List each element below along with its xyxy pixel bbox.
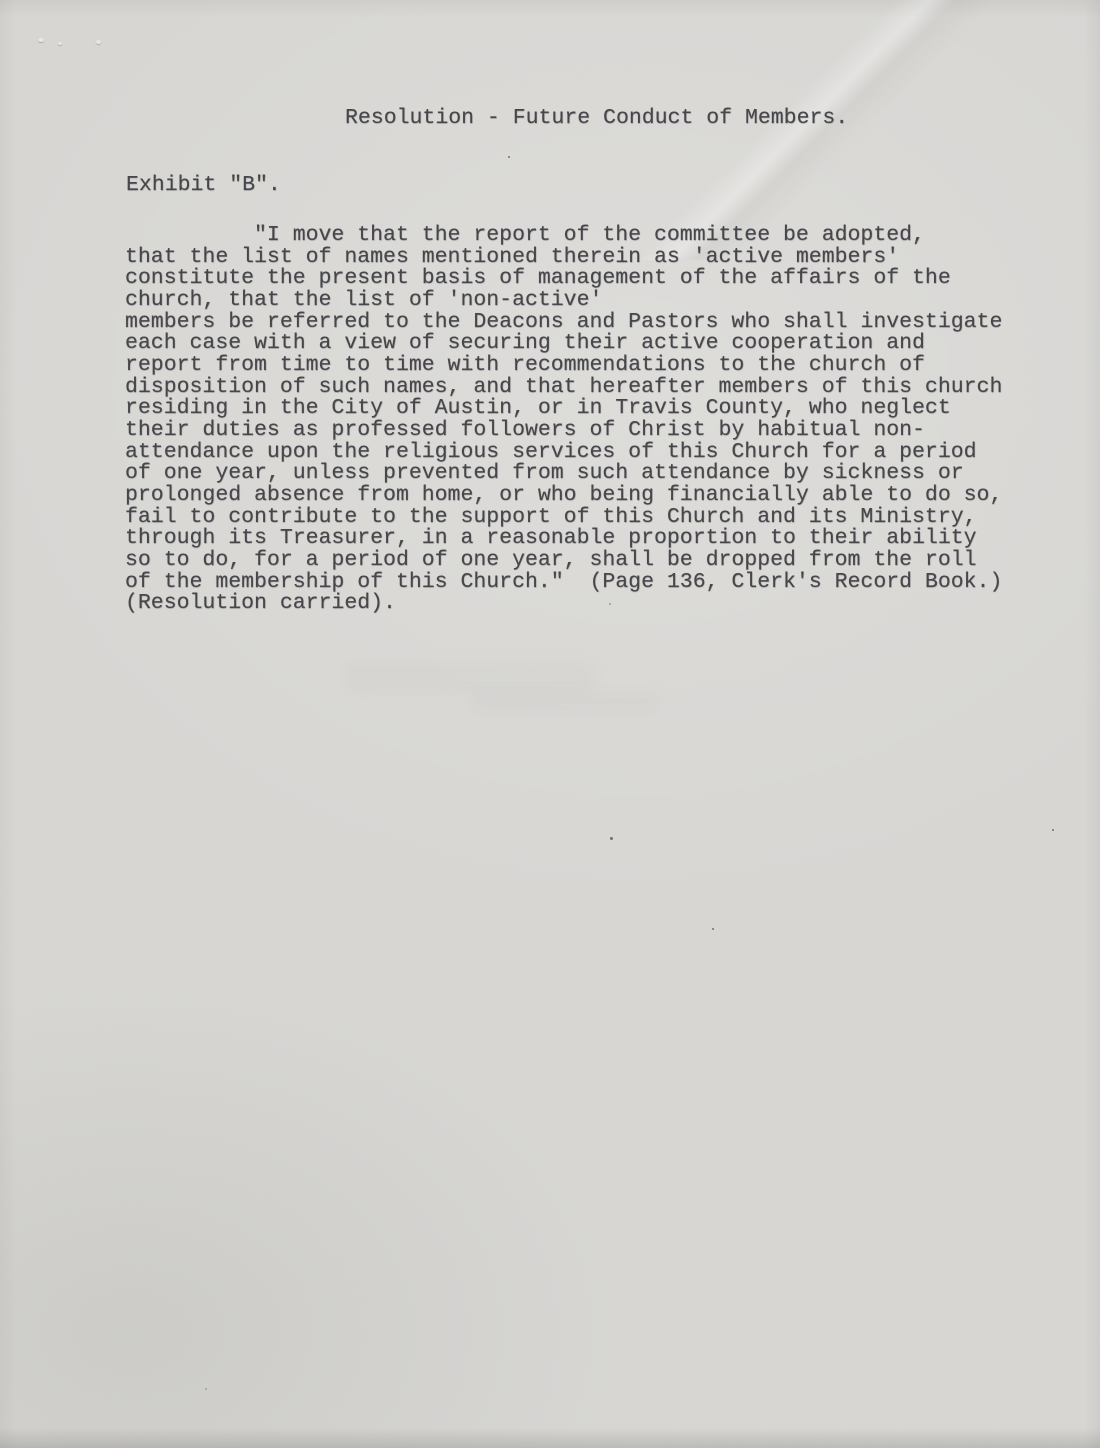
body-line: constitute the present basis of manageme… (125, 268, 1002, 290)
paper-blemish (96, 40, 101, 44)
paper-speck (712, 928, 714, 930)
body-line: attendance upon the religious services o… (125, 442, 1002, 464)
body-line: so to do, for a period of one year, shal… (125, 550, 1002, 572)
paper-blemish (58, 42, 62, 45)
paper-speck (1052, 829, 1054, 831)
paper-speck (508, 156, 510, 158)
body-line: of the membership of this Church." (Page… (125, 572, 1002, 594)
bleed-through-smudge (470, 690, 660, 712)
paper-crease (500, 0, 1100, 260)
body-line: (Resolution carried). (125, 593, 1002, 615)
body-line: disposition of such names, and that here… (125, 377, 1002, 399)
bleed-through-smudge (345, 662, 595, 692)
body-line: their duties as professed followers of C… (125, 420, 1002, 442)
resolution-body-text: "I move that the report of the committee… (125, 225, 1002, 615)
body-line: prolonged absence from home, or who bein… (125, 485, 1002, 507)
document-title: Resolution - Future Conduct of Members. (345, 107, 848, 129)
body-line: "I move that the report of the committee… (125, 225, 1002, 247)
body-line: fail to contribute to the support of thi… (125, 507, 1002, 529)
exhibit-label: Exhibit "B". (126, 174, 281, 196)
paper-speck (205, 1388, 207, 1390)
body-line: each case with a view of securing their … (125, 333, 1002, 355)
paper-speck (609, 603, 611, 605)
body-line: of one year, unless prevented from such … (125, 463, 1002, 485)
body-line: church, that the list of 'non-active' (125, 290, 1002, 312)
paper-speck (610, 837, 613, 840)
body-line: residing in the City of Austin, or in Tr… (125, 398, 1002, 420)
paper-grain-texture (0, 0, 1100, 1448)
paper-blemish (38, 38, 44, 42)
body-line: report from time to time with recommenda… (125, 355, 1002, 377)
body-line: through its Treasurer, in a reasonable p… (125, 528, 1002, 550)
scanned-document-page: Resolution - Future Conduct of Members. … (0, 0, 1100, 1448)
